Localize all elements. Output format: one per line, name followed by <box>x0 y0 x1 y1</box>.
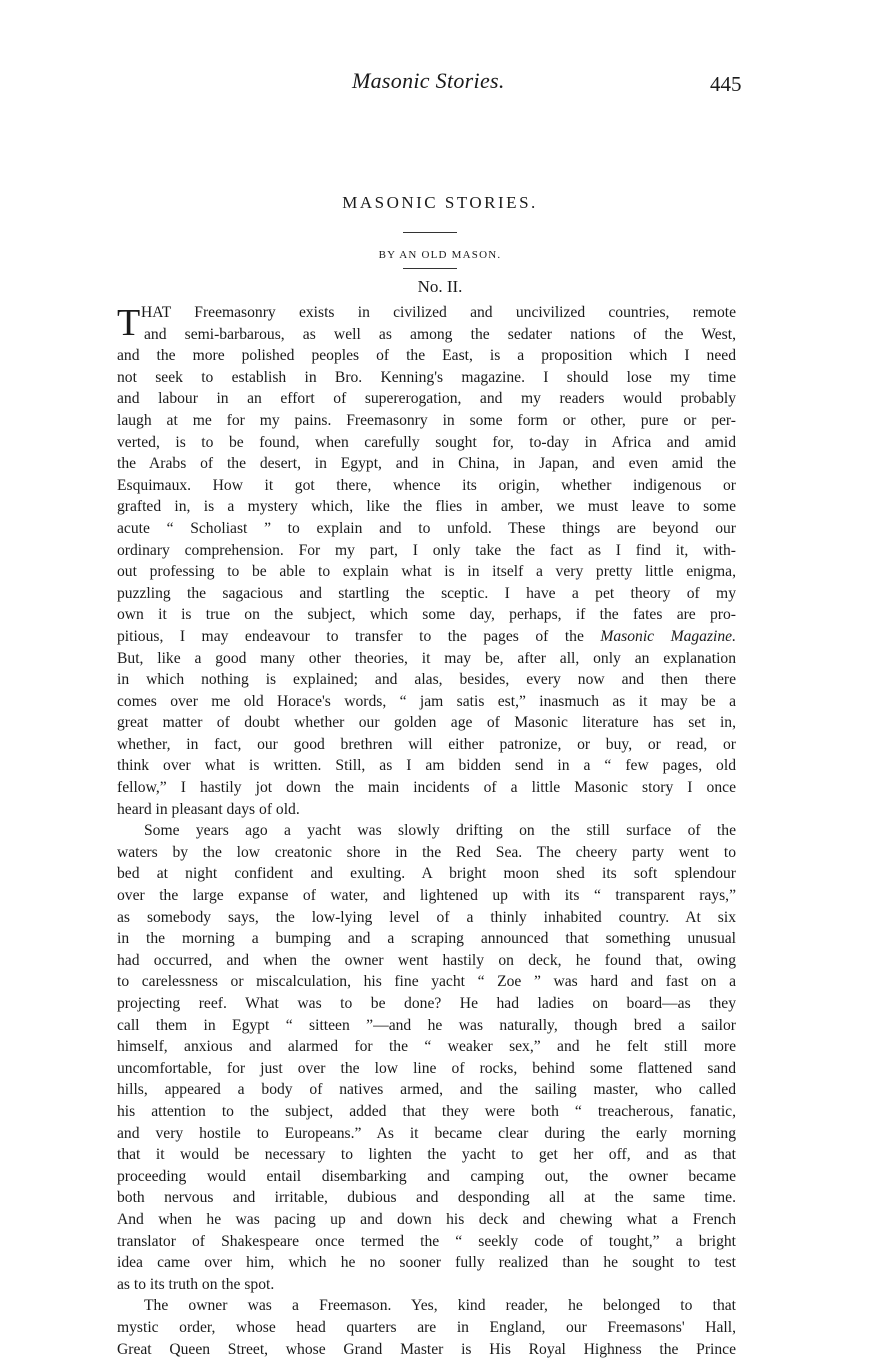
text-line: out professing to be able to explain wha… <box>117 561 736 583</box>
text-line-content: Esquimaux. How it got there, whence its … <box>117 477 736 494</box>
text-line: uncomfortable, for just over the low lin… <box>117 1058 736 1080</box>
text-line: acute “ Scholiast ” to explain and to un… <box>117 518 736 540</box>
text-line: over the large expanse of water, and lig… <box>117 885 736 907</box>
text-line-content: acute “ Scholiast ” to explain and to un… <box>117 520 736 537</box>
text-line: think over what is written. Still, as I … <box>117 755 736 777</box>
text-line-content: translator of Shakespeare once termed th… <box>117 1233 736 1250</box>
text-line: whether, in fact, our good brethren will… <box>117 734 736 756</box>
text-line: that it would be necessary to lighten th… <box>117 1144 736 1166</box>
text-line-content: had occurred, and when the owner went ha… <box>117 952 736 969</box>
drop-cap: T <box>117 305 140 341</box>
text-line-content: heard in pleasant days of old. <box>117 801 300 818</box>
text-line-content: comes over me old Horace's words, “ jam … <box>117 693 736 710</box>
text-line: call them in Egypt “ sitteen ”—and he wa… <box>117 1015 736 1037</box>
byline: BY AN OLD MASON. <box>0 245 870 263</box>
text-line-content: ordinary comprehension. For my part, I o… <box>117 542 736 559</box>
text-line: both nervous and irritable, dubious and … <box>117 1187 736 1209</box>
text-line: projecting reef. What was to be done? He… <box>117 993 736 1015</box>
text-line: pitious, I may endeavour to transfer to … <box>117 626 736 648</box>
text-line: in which nothing is explained; and alas,… <box>117 669 736 691</box>
text-line: The owner was a Freemason. Yes, kind rea… <box>117 1295 736 1317</box>
text-line-content: Some years ago a yacht was slowly drifti… <box>144 822 736 839</box>
text-line: as to its truth on the spot. <box>117 1274 736 1296</box>
text-line: had occurred, and when the owner went ha… <box>117 950 736 972</box>
text-line-content: as somebody says, the low-lying level of… <box>117 909 736 926</box>
text-line: own it is true on the subject, which som… <box>117 604 736 626</box>
text-line-content: and labour in an effort of supererogatio… <box>117 390 736 407</box>
text-line: translator of Shakespeare once termed th… <box>117 1231 736 1253</box>
text-line: the Arabs of the desert, in Egypt, and i… <box>117 453 736 475</box>
text-line-content: that it would be necessary to lighten th… <box>117 1146 736 1163</box>
text-line-content: both nervous and irritable, dubious and … <box>117 1189 736 1206</box>
text-line: comes over me old Horace's words, “ jam … <box>117 691 736 713</box>
text-line: fellow,” I hastily jot down the main inc… <box>117 777 736 799</box>
text-line: heard in pleasant days of old. <box>117 799 736 821</box>
text-line-content: The owner was a Freemason. Yes, kind rea… <box>144 1297 736 1314</box>
text-line: and labour in an effort of supererogatio… <box>117 388 736 410</box>
text-line-content: in the morning a bumping and a scraping … <box>117 930 736 947</box>
text-line: grafted in, is a mystery which, like the… <box>117 496 736 518</box>
text-line-content: laugh at me for my pains. Freemasonry in… <box>117 412 736 429</box>
text-line: and the more polished peoples of the Eas… <box>117 345 736 367</box>
text-line-content: pitious, I may endeavour to transfer to … <box>117 628 600 645</box>
text-line-content: HAT Freemasonry exists in civilized and … <box>141 304 736 321</box>
text-line: Great Queen Street, whose Grand Master i… <box>117 1339 736 1361</box>
text-line-content: to carelessness or miscalculation, his f… <box>117 973 736 990</box>
installment-number: No. II. <box>0 277 870 297</box>
running-title: Masonic Stories. <box>352 68 505 94</box>
text-line: and very hostile to Europeans.” As it be… <box>117 1123 736 1145</box>
text-line-content: proceeding would entail disembarking and… <box>117 1168 736 1185</box>
text-line-content: and semi-barbarous, as well as among the… <box>144 326 736 343</box>
text-line-content: idea came over him, which he no sooner f… <box>117 1254 736 1271</box>
text-line-content: and the more polished peoples of the Eas… <box>117 347 736 364</box>
text-line-content: think over what is written. Still, as I … <box>117 757 736 774</box>
text-line: his attention to the subject, added that… <box>117 1101 736 1123</box>
article-title-text: MASONIC STORIES. <box>342 193 538 213</box>
article-body: T HAT Freemasonry exists in civilized an… <box>117 302 736 1360</box>
text-line-content: whether, in fact, our good brethren will… <box>117 736 736 753</box>
text-line: not seek to establish in Bro. Kenning's … <box>117 367 736 389</box>
text-line: hills, appeared a body of natives armed,… <box>117 1079 736 1101</box>
text-line-content: fellow,” I hastily jot down the main inc… <box>117 779 736 796</box>
page-number: 445 <box>710 72 742 97</box>
text-line-content: over the large expanse of water, and lig… <box>117 887 736 904</box>
text-line: laugh at me for my pains. Freemasonry in… <box>117 410 736 432</box>
text-line-content: and very hostile to Europeans.” As it be… <box>117 1125 736 1142</box>
text-line: Esquimaux. How it got there, whence its … <box>117 475 736 497</box>
text-line-content: mystic order, whose head quarters are in… <box>117 1319 736 1336</box>
text-line: puzzling the sagacious and startling the… <box>117 583 736 605</box>
text-line-content: call them in Egypt “ sitteen ”—and he wa… <box>117 1017 736 1034</box>
article-title: MASONIC STORIES. <box>0 193 870 213</box>
text-line-content: great matter of doubt whether our golden… <box>117 714 736 731</box>
text-line: ordinary comprehension. For my part, I o… <box>117 540 736 562</box>
text-line: Some years ago a yacht was slowly drifti… <box>117 820 736 842</box>
text-line: great matter of doubt whether our golden… <box>117 712 736 734</box>
title-divider <box>403 232 457 233</box>
text-line: HAT Freemasonry exists in civilized and … <box>117 302 736 324</box>
text-line: And when he was pacing up and down his d… <box>117 1209 736 1231</box>
text-line: himself, anxious and alarmed for the “ w… <box>117 1036 736 1058</box>
text-line: But, like a good many other theories, it… <box>117 648 736 670</box>
text-line-content: as to its truth on the spot. <box>117 1276 274 1293</box>
text-line: verted, is to be found, when carefully s… <box>117 432 736 454</box>
text-line-content: own it is true on the subject, which som… <box>117 606 736 623</box>
text-line-content: in which nothing is explained; and alas,… <box>117 671 736 688</box>
text-line: idea came over him, which he no sooner f… <box>117 1252 736 1274</box>
text-line-content: uncomfortable, for just over the low lin… <box>117 1060 736 1077</box>
text-line: mystic order, whose head quarters are in… <box>117 1317 736 1339</box>
text-line: proceeding would entail disembarking and… <box>117 1166 736 1188</box>
text-line-content: puzzling the sagacious and startling the… <box>117 585 736 602</box>
text-line-content: himself, anxious and alarmed for the “ w… <box>117 1038 736 1055</box>
text-line-content: his attention to the subject, added that… <box>117 1103 736 1120</box>
text-line-content: And when he was pacing up and down his d… <box>117 1211 736 1228</box>
installment-number-text: No. II. <box>418 277 463 297</box>
text-line-content: waters by the low creatonic shore in the… <box>117 844 736 861</box>
italic-magazine-title: Masonic Magazine. <box>600 628 736 645</box>
text-line-content: Great Queen Street, whose Grand Master i… <box>117 1341 736 1358</box>
text-line-content: verted, is to be found, when carefully s… <box>117 434 736 451</box>
text-line-content: grafted in, is a mystery which, like the… <box>117 498 736 515</box>
text-line: bed at night confident and exulting. A b… <box>117 863 736 885</box>
text-line-content: projecting reef. What was to be done? He… <box>117 995 736 1012</box>
text-line-content: not seek to establish in Bro. Kenning's … <box>117 369 736 386</box>
text-line-content: hills, appeared a body of natives armed,… <box>117 1081 736 1098</box>
text-line: and semi-barbarous, as well as among the… <box>117 324 736 346</box>
text-line: to carelessness or miscalculation, his f… <box>117 971 736 993</box>
text-line: waters by the low creatonic shore in the… <box>117 842 736 864</box>
text-line-content: bed at night confident and exulting. A b… <box>117 865 736 882</box>
byline-text: BY AN OLD MASON. <box>379 249 502 261</box>
byline-divider <box>403 268 457 269</box>
text-line: in the morning a bumping and a scraping … <box>117 928 736 950</box>
text-line-content: the Arabs of the desert, in Egypt, and i… <box>117 455 736 472</box>
running-head: Masonic Stories. 445 <box>0 68 870 108</box>
text-line-content: But, like a good many other theories, it… <box>117 650 736 667</box>
text-line-content: out professing to be able to explain wha… <box>117 563 736 580</box>
text-line: as somebody says, the low-lying level of… <box>117 907 736 929</box>
